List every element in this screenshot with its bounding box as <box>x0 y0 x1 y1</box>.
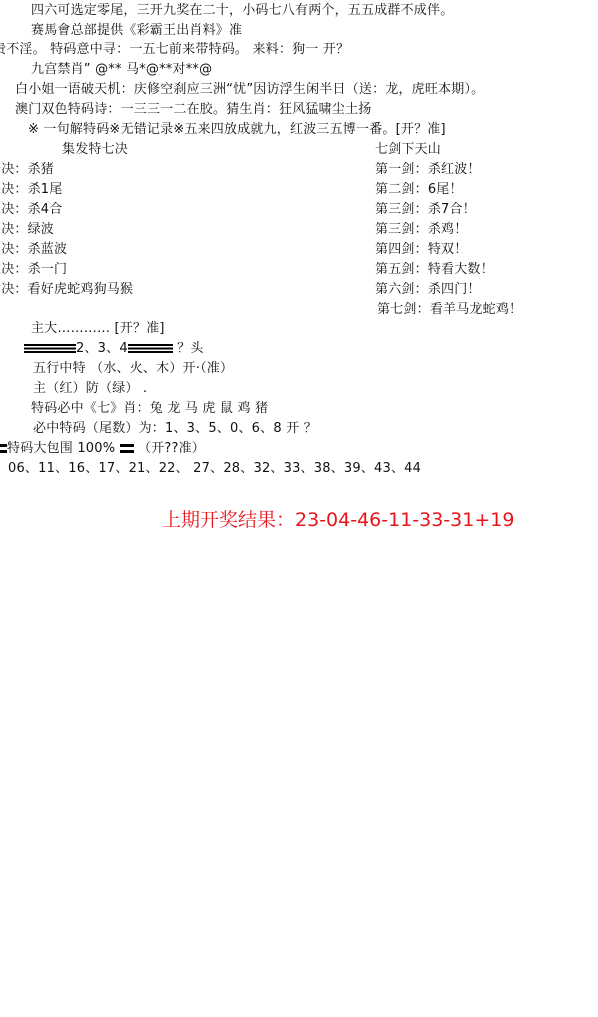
equals-bar-icon <box>0 444 7 453</box>
left-item-value: 杀4合 <box>28 202 63 217</box>
left-item-value: 杀蓝波 <box>28 242 68 257</box>
left-item: 四决：绿波 <box>0 222 54 238</box>
bao-wei-suffix: （开??准） <box>134 441 205 456</box>
intro-line-7: ※ 一句解特码※无错记录※五来四放成就九，红波三五博一番。[开？准] <box>28 122 446 138</box>
right-item-value: 6尾！ <box>428 182 463 197</box>
intro-line-2: 赛馬會总部提供《彩霸王出肖料》准 <box>31 23 242 39</box>
tip-zhu-da: 主大………… [开？准] <box>31 321 165 337</box>
left-item-label: 五决： <box>0 242 28 257</box>
equals-bar-icon <box>120 444 134 453</box>
left-item-value: 杀猪 <box>28 162 54 177</box>
tip-bao-wei-numbers: 06、11、16、17、21、22、 27、28、32、33、38、39、43、… <box>8 461 421 477</box>
bao-wei-label: 特码大包围 100% <box>7 441 115 456</box>
triple-bar-icon <box>128 344 173 353</box>
right-item: 第五剑：特看大数！ <box>375 262 494 278</box>
result-numbers: 23-04-46-11-33-31+19 <box>295 509 514 531</box>
right-item-value: 杀四门！ <box>428 282 481 297</box>
right-item: 第一剑：杀红波！ <box>375 162 481 178</box>
intro-line-3: 贵不淫。 特码意中寻：一五七前来带特码。 来料：狗一 开？ <box>0 42 349 58</box>
right-item-value: 杀7合！ <box>428 202 476 217</box>
right-item: 第三剑：杀鸡！ <box>375 222 467 238</box>
left-item: 五决：杀蓝波 <box>0 242 67 258</box>
intro-line-6: 澳门双色特码诗：一三三一二在胶。猜生肖：狂风猛啸尘土扬 <box>15 102 371 118</box>
right-item: 第四剑：特双！ <box>375 242 467 258</box>
right-item-value: 特看大数！ <box>428 262 494 277</box>
tip-tou: 2、3、4 ？头 <box>24 341 204 357</box>
left-item: 二决：杀1尾 <box>0 182 62 198</box>
last-draw-result: 上期开奖结果：23-04-46-11-33-31+19 <box>162 508 514 532</box>
right-item-label: 第三剑： <box>375 202 428 217</box>
left-item: 七决：看好虎蛇鸡狗马猴 <box>0 282 133 298</box>
right-item-label: 第二剑： <box>375 182 428 197</box>
right-item: 第三剑：杀7合！ <box>375 202 476 218</box>
left-item-label: 六决： <box>0 262 28 277</box>
left-item-label: 三决： <box>0 202 28 217</box>
right-item-label: 第一剑： <box>375 162 428 177</box>
triple-bar-icon <box>24 344 76 353</box>
right-item-value: 看羊马龙蛇鸡！ <box>430 302 522 317</box>
left-item: 三决：杀4合 <box>0 202 62 218</box>
left-item-label: 二决： <box>0 182 28 197</box>
left-item-value: 绿波 <box>28 222 54 237</box>
right-item-label: 第三剑： <box>375 222 428 237</box>
intro-line-4: 九宫禁肖” @** 马*@**对**@ <box>31 62 212 78</box>
right-item: 第七剑：看羊马龙蛇鸡！ <box>377 302 522 318</box>
tip-bi-zhong-xiao: 特码必中《七》肖：兔 龙 马 虎 鼠 鸡 猪 <box>31 401 268 417</box>
right-item-label: 第四剑： <box>375 242 428 257</box>
right-item: 第六剑：杀四门！ <box>375 282 481 298</box>
left-item-label: 一决： <box>0 162 28 177</box>
right-section-title: 七剑下天山 <box>375 142 441 158</box>
tou-suffix: ？头 <box>173 341 204 356</box>
left-item: 六决：杀一门 <box>0 262 67 278</box>
left-item-value: 看好虎蛇鸡狗马猴 <box>28 282 134 297</box>
left-item-label: 七决： <box>0 282 28 297</box>
tip-zhu-fang: 主（红）防（绿） . <box>33 381 147 397</box>
right-item-label: 第六剑： <box>375 282 428 297</box>
tip-bi-zhong-wei: 必中特码（尾数）为：1、3、5、0、6、8 开 ？ <box>33 421 317 437</box>
tou-numbers: 2、3、4 <box>76 341 128 356</box>
left-item-value: 杀一门 <box>28 262 68 277</box>
left-section-title: 集发特七决 <box>62 142 128 158</box>
right-item-value: 杀鸡！ <box>428 222 468 237</box>
right-item: 第二剑：6尾！ <box>375 182 463 198</box>
intro-line-1: 四六可选定零尾，三开九奖在二十，小码七八有两个，五五成群不成伴。 <box>31 3 453 19</box>
right-item-label: 第七剑： <box>377 302 430 317</box>
left-item-label: 四决： <box>0 222 28 237</box>
tip-bao-wei: 特码大包围 100% （开??准） <box>0 441 205 457</box>
tip-wuxing: 五行中特 （水、火、木）开·（准） <box>33 361 233 377</box>
right-item-value: 特双！ <box>428 242 468 257</box>
result-label: 上期开奖结果： <box>162 509 295 531</box>
intro-line-5: 白小姐一语破天机：庆修空刹应三洲“忧”因访浮生闲半日（送：龙，虎旺本期）。 <box>15 82 484 98</box>
left-item-value: 杀1尾 <box>28 182 63 197</box>
right-item-label: 第五剑： <box>375 262 428 277</box>
right-item-value: 杀红波！ <box>428 162 481 177</box>
left-item: 一决：杀猪 <box>0 162 54 178</box>
